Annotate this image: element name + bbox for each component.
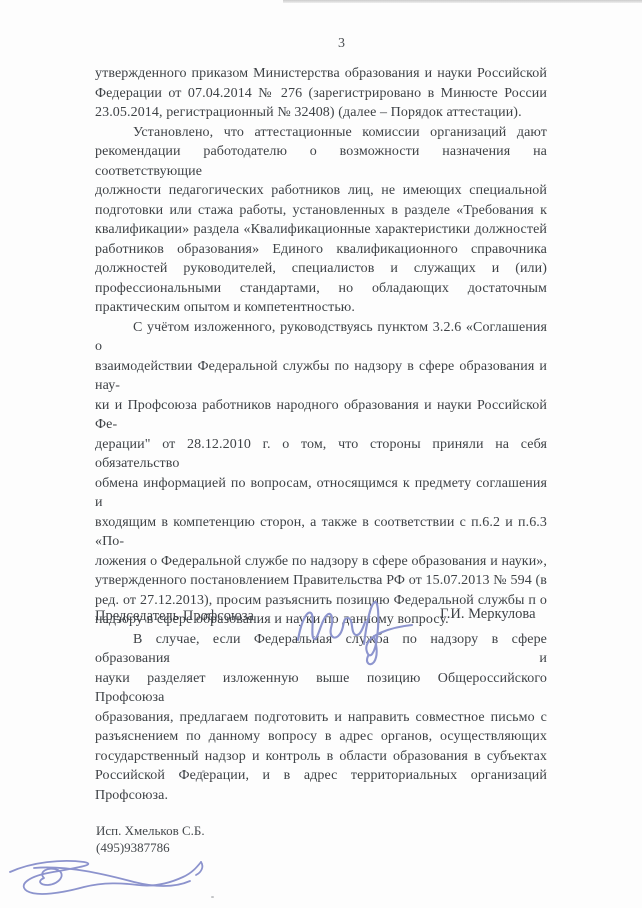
text-line: входящим в компетенцию сторон, а также в… xyxy=(95,513,547,552)
text-line: профессиональными стандартами, но облада… xyxy=(95,279,547,299)
signer-title: Председатель Профсоюза xyxy=(95,608,254,625)
text-line: образования, предлагаем подготовить и на… xyxy=(95,708,547,728)
text-line: Федерации от 07.04.2014 № 276 (зарегистр… xyxy=(95,84,547,104)
scan-speck xyxy=(211,896,214,898)
text-line: государственный надзор и контроль в обла… xyxy=(95,747,547,767)
text-line: ки и Профсоюза работников народного обра… xyxy=(95,396,547,435)
text-line: С учётом изложенного, руководствуясь пун… xyxy=(95,318,547,357)
text-line: науки разделяет изложенную выше позицию … xyxy=(95,669,547,708)
text-line: разъяснением по данному вопросу в адрес … xyxy=(95,727,547,747)
text-line: рекомендации работодателю о возможности … xyxy=(95,142,547,181)
scan-artifact-line xyxy=(283,0,642,3)
text-line: Российской Федерации, и в адрес территор… xyxy=(95,766,547,805)
text-line: практическим опытом и компетентностью. xyxy=(95,298,547,318)
text-line: работников образования» Единого квалифик… xyxy=(95,240,547,260)
text-line: ложения о Федеральной службе по надзору … xyxy=(95,552,547,572)
scan-speck xyxy=(202,770,205,773)
text-line: 23.05.2014, регистрационный № 32408) (да… xyxy=(95,103,547,123)
page-number: 3 xyxy=(338,36,345,52)
text-line: квалификации» раздела «Квалификационные … xyxy=(95,220,547,240)
text-line: дерации" от 28.12.2010 г. о том, что сто… xyxy=(95,435,547,474)
executor-signature xyxy=(4,852,214,906)
text-line: утвержденного постановлением Правительст… xyxy=(95,571,547,591)
text-line: Установлено, что аттестационные комиссии… xyxy=(95,123,547,143)
text-line: взаимодействии Федеральной службы по над… xyxy=(95,357,547,396)
scanned-letter-page: 3 утвержденного приказом Министерства об… xyxy=(0,0,642,908)
text-line: обмена информацией по вопросам, относящи… xyxy=(95,474,547,513)
text-line: утвержденного приказом Министерства обра… xyxy=(95,64,547,84)
letter-body: утвержденного приказом Министерства обра… xyxy=(95,64,547,805)
text-line: должности педагогических работников лиц,… xyxy=(95,181,547,201)
text-line: подготовки или стажа работы, установленн… xyxy=(95,201,547,221)
executor-name: Исп. Хмельков С.Б. xyxy=(96,823,205,840)
signer-name: Г.И. Меркулова xyxy=(440,606,536,623)
text-line: должностей руководителей, специалистов и… xyxy=(95,259,547,279)
merkulova-signature xyxy=(290,596,420,668)
